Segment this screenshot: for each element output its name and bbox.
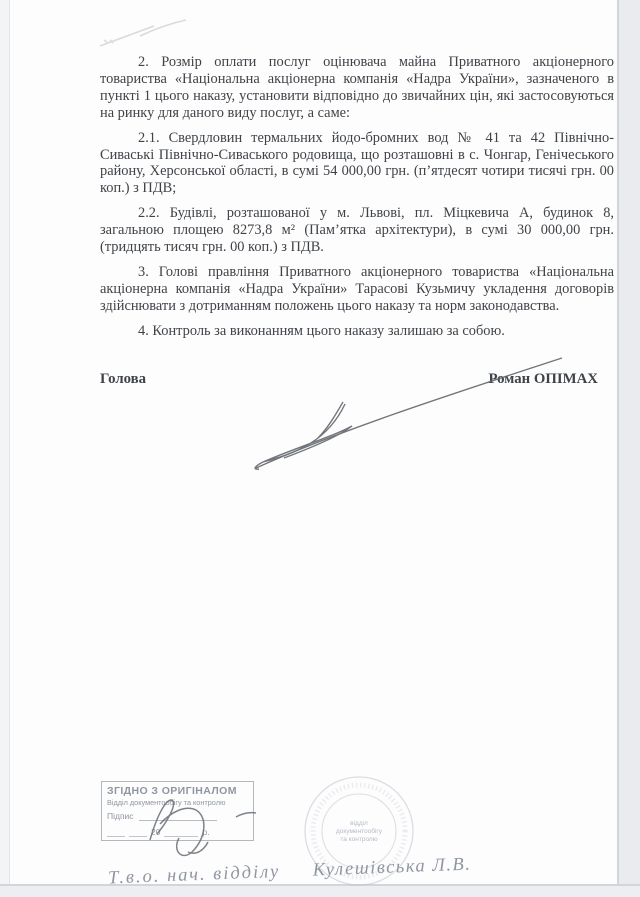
stamp-signature-line — [139, 820, 217, 821]
stamp-signature-label: Підпис — [107, 811, 134, 821]
signature-block: Голова Роман ОПІМАХ — [100, 371, 598, 388]
stamp-date-suffix: р. — [202, 827, 209, 837]
signer-title: Голова — [100, 371, 146, 388]
signer-name: Роман ОПІМАХ — [488, 371, 598, 388]
pencil-artifact — [100, 20, 186, 46]
stamp-subtitle: Відділ документообігу та контролю — [107, 798, 248, 807]
order-paragraph-2-1: 2.1. Свердловин термальних йодо-бромних … — [100, 130, 614, 198]
stamp-title: ЗГІДНО З ОРИГІНАЛОМ — [107, 785, 248, 797]
order-paragraph-3: 3. Голові правління Приватного акціонерн… — [100, 264, 614, 315]
order-body: 2. Розмір оплати послуг оцінювача майна … — [100, 54, 614, 348]
certification-stamp: ЗГІДНО З ОРИГІНАЛОМ Відділ документообіг… — [101, 781, 254, 841]
seal-center-line-1: відділ — [350, 819, 368, 827]
scan-edge-left — [0, 0, 10, 897]
order-paragraph-2: 2. Розмір оплати послуг оцінювача майна … — [100, 54, 614, 122]
scan-edge-right — [617, 0, 640, 897]
seal-center-line-3: та контролю — [340, 836, 377, 843]
order-paragraph-4: 4. Контроль за виконанням цього наказу з… — [100, 323, 614, 340]
stamp-year-prefix: 20 — [151, 827, 160, 837]
order-paragraph-2-2: 2.2. Будівлі, розташованої у м. Львові, … — [100, 205, 614, 256]
stamp-date-line: 20 р. — [107, 827, 248, 837]
document-page: 2. Розмір оплати послуг оцінювача майна … — [0, 0, 640, 897]
seal-center-line-2: документообігу — [336, 827, 383, 835]
